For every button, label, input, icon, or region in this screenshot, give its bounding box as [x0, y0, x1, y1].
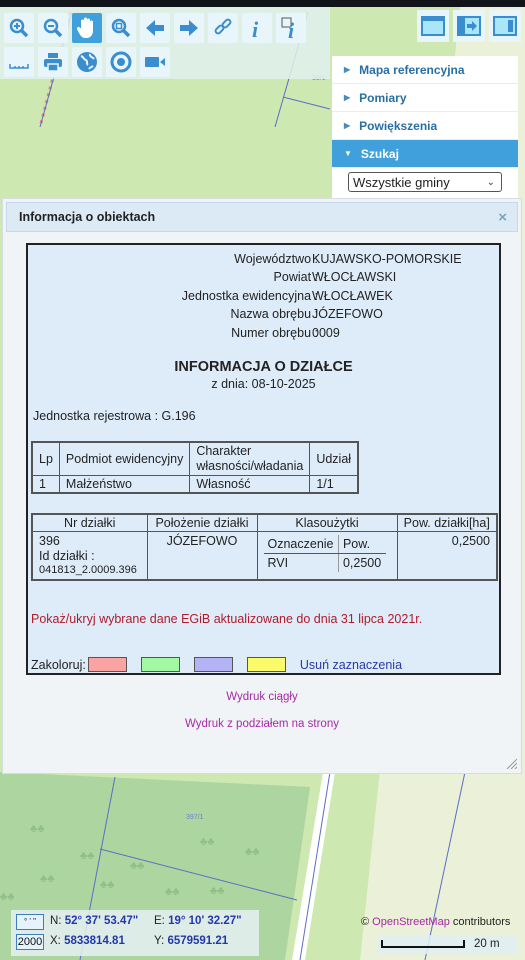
print-pages-link[interactable]: Wydruk z podziałem na strony — [3, 718, 521, 730]
scale-line — [381, 940, 465, 948]
zoom-out-button[interactable] — [38, 13, 68, 43]
status-bar — [0, 0, 525, 7]
jednostka-rejestrowa: Jednostka rejestrowa : G.196 — [33, 409, 196, 423]
svg-text:♣♣: ♣♣ — [0, 891, 14, 903]
parcel-id: 041813_2.0009.396 — [39, 564, 141, 577]
color-swatch-blue[interactable] — [194, 657, 233, 672]
menu-item-powiekszenia[interactable]: ▶Powiększenia — [332, 112, 518, 140]
side-menu: ▶Mapa referencyjna ▶Pomiary ▶Powiększeni… — [332, 56, 518, 198]
menu-item-szukaj[interactable]: ▼Szukaj — [332, 140, 518, 168]
map-attribution: © OpenStreetMap contributors — [361, 916, 510, 928]
resize-handle-icon[interactable] — [505, 757, 517, 769]
link-icon — [212, 17, 234, 39]
pan-button[interactable] — [72, 13, 102, 43]
table-row: 1 Małżeństwo Własność 1/1 — [32, 476, 358, 494]
color-swatch-green[interactable] — [141, 657, 180, 672]
field-label: Jednostka ewidencyjna : — [28, 289, 318, 303]
link-button[interactable] — [208, 13, 238, 43]
printer-icon — [42, 51, 64, 73]
coordinates-panel: ° ' " 2000 N: 52° 37' 53.47" E: 19° 10' … — [11, 910, 259, 956]
map-toolbar: i i — [0, 7, 330, 79]
chevron-down-icon: ⌄ — [487, 177, 495, 188]
field-value: 0009 — [312, 326, 340, 340]
zoom-extent-button[interactable] — [106, 13, 136, 43]
svg-text:♣♣: ♣♣ — [100, 879, 114, 891]
camera-button[interactable] — [140, 47, 170, 77]
field-value: KUJAWSKO-POMORSKIE — [312, 252, 462, 266]
field-label: Województwo : — [28, 252, 318, 266]
clear-selection-link[interactable]: Usuń zaznaczenia — [300, 658, 402, 672]
zoom-in-button[interactable] — [4, 13, 34, 43]
y-readout: Y: 6579591.21 — [154, 935, 228, 947]
svg-text:♣♣: ♣♣ — [210, 885, 224, 897]
section-heading: INFORMACJA O DZIAŁCE — [28, 359, 499, 375]
ruler-icon — [8, 51, 30, 73]
print-button[interactable] — [38, 47, 68, 77]
table-header-row: Nr działki Położenie działki Klasoużytki… — [32, 514, 497, 532]
table-header-row: Lp Podmiot ewidencyjny Charakter własnoś… — [32, 442, 358, 476]
table-row: 396 Id działki : 041813_2.0009.396 JÓZEF… — [32, 532, 497, 581]
info-icon: i — [246, 16, 268, 40]
report-date: z dnia: 08-10-2025 — [28, 377, 499, 391]
owners-table: Lp Podmiot ewidencyjny Charakter własnoś… — [31, 441, 359, 494]
svg-text:i: i — [288, 18, 295, 40]
field-value: JÓZEFOWO — [312, 307, 383, 321]
svg-text:♣♣: ♣♣ — [165, 886, 179, 898]
svg-text:♣♣: ♣♣ — [245, 846, 259, 858]
zoom-extent-icon — [110, 17, 132, 39]
zoom-in-icon — [8, 17, 30, 39]
hand-icon — [76, 16, 98, 40]
dialog-title: Informacja o obiektach — [19, 210, 155, 224]
caret-right-icon: ▶ — [344, 93, 350, 102]
dialog-header[interactable]: Informacja o obiektach × — [6, 202, 518, 232]
coord-format-button[interactable]: ° ' " — [16, 914, 44, 930]
window-icon — [421, 16, 445, 36]
scale-label: 20 m — [474, 938, 500, 950]
field-label: Numer obrębu : — [28, 326, 318, 340]
parcel-area: 0,2500 — [397, 532, 497, 581]
target-icon — [109, 50, 133, 74]
window-controls — [417, 10, 521, 42]
svg-text:♣♣: ♣♣ — [80, 850, 94, 862]
zoom-out-icon — [42, 17, 64, 39]
parcel-table: Nr działki Położenie działki Klasoużytki… — [31, 513, 498, 581]
parcel-location: JÓZEFOWO — [147, 532, 257, 581]
x-readout: X: 5833814.81 — [50, 935, 125, 947]
colorize-row: Zakoloruj: Usuń zaznaczenia — [31, 657, 402, 672]
arrow-left-icon — [144, 17, 166, 39]
osm-link[interactable]: OpenStreetMap — [372, 916, 450, 928]
caret-down-icon: ▼ — [344, 149, 352, 158]
caret-right-icon: ▶ — [344, 65, 350, 74]
parcel-number: 396 — [39, 534, 141, 549]
longitude-readout: E: 19° 10' 32.27" — [154, 915, 242, 927]
parcel-info-panel: Województwo : KUJAWSKO-POMORSKIE Powiat … — [26, 243, 501, 675]
menu-item-mapa-referencyjna[interactable]: ▶Mapa referencyjna — [332, 56, 518, 84]
gmina-select[interactable]: Wszystkie gminy⌄ — [348, 172, 502, 192]
globe-button[interactable] — [72, 47, 102, 77]
info-area-button[interactable]: i — [276, 13, 306, 43]
svg-text:♣♣: ♣♣ — [30, 823, 44, 835]
object-info-dialog: Informacja o obiektach × Województwo : K… — [2, 198, 522, 774]
forward-button[interactable] — [174, 13, 204, 43]
field-label: Powiat : — [28, 270, 318, 284]
target-button[interactable] — [106, 47, 136, 77]
side-panel-button[interactable] — [489, 10, 521, 42]
svg-text:♣♣: ♣♣ — [40, 873, 54, 885]
svg-text:♣♣: ♣♣ — [130, 860, 144, 872]
close-icon[interactable]: × — [498, 209, 507, 226]
export-icon — [457, 16, 481, 36]
svg-text:397/1: 397/1 — [186, 814, 204, 821]
caret-right-icon: ▶ — [344, 121, 350, 130]
menu-item-pomiary[interactable]: ▶Pomiary — [332, 84, 518, 112]
color-swatch-yellow[interactable] — [247, 657, 286, 672]
video-camera-icon — [143, 51, 167, 73]
field-label: Nazwa obrębu : — [28, 307, 318, 321]
latitude-readout: N: 52° 37' 53.47" — [50, 915, 138, 927]
info-area-icon: i — [280, 16, 302, 40]
info-button[interactable]: i — [242, 13, 272, 43]
arrow-right-icon — [178, 17, 200, 39]
maximize-button[interactable] — [417, 10, 449, 42]
globe-icon — [75, 50, 99, 74]
scale-bar: 20 m — [377, 935, 517, 954]
land-class-table: OznaczeniePow. RVI0,2500 — [264, 535, 386, 572]
measure-button[interactable] — [4, 47, 34, 77]
print-continuous-link[interactable]: Wydruk ciągły — [3, 691, 521, 703]
color-swatch-red[interactable] — [88, 657, 127, 672]
back-button[interactable] — [140, 13, 170, 43]
side-panel-icon — [493, 16, 517, 36]
svg-text:♣♣: ♣♣ — [200, 836, 214, 848]
export-button[interactable] — [453, 10, 485, 42]
egib-toggle-link[interactable]: Pokaż/ukryj wybrane dane EGiB aktualizow… — [31, 612, 422, 626]
field-value: WŁOCŁAWSKI — [312, 270, 396, 284]
field-value: WŁOCŁAWEK — [312, 289, 393, 303]
svg-text:i: i — [252, 17, 259, 40]
crs-button[interactable]: 2000 — [16, 934, 44, 950]
